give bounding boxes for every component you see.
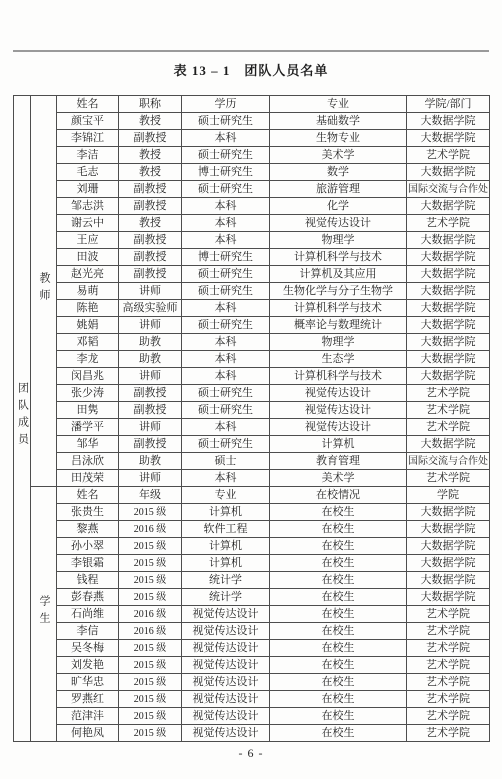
table-cell: 大数据学院 xyxy=(407,198,490,215)
table-cell: 彭春燕 xyxy=(57,589,119,606)
table-cell: 大数据学院 xyxy=(407,283,490,300)
table-cell: 基础数学 xyxy=(270,113,407,130)
table-cell: 教授 xyxy=(119,215,182,232)
table-cell: 邓韬 xyxy=(57,334,119,351)
column-header: 姓名 xyxy=(57,487,119,504)
table-cell: 硕士研究生 xyxy=(182,266,270,283)
table-row: 邹志洪副教授本科化学大数据学院 xyxy=(14,198,490,215)
table-row: 吴冬梅2015 级视觉传达设计在校生艺术学院 xyxy=(14,640,490,657)
page-number: - 6 - xyxy=(0,746,502,761)
table-cell: 数学 xyxy=(270,164,407,181)
table-cell: 讲师 xyxy=(119,283,182,300)
table-cell: 2015 级 xyxy=(119,572,182,589)
table-cell: 黎燕 xyxy=(57,521,119,538)
table-cell: 本科 xyxy=(182,300,270,317)
table-cell: 本科 xyxy=(182,232,270,249)
table-cell: 2015 级 xyxy=(119,640,182,657)
table-cell: 硕士研究生 xyxy=(182,402,270,419)
table-cell: 大数据学院 xyxy=(407,538,490,555)
table-cell: 硕士研究生 xyxy=(182,147,270,164)
table-cell: 在校生 xyxy=(270,708,407,725)
table-row: 邓韬助教本科物理学大数据学院 xyxy=(14,334,490,351)
table-cell: 颜宝平 xyxy=(57,113,119,130)
table-cell: 2015 级 xyxy=(119,674,182,691)
table-row: 谢云中教授本科视觉传达设计艺术学院 xyxy=(14,215,490,232)
table-cell: 钱程 xyxy=(57,572,119,589)
table-row: 罗燕红2015 级视觉传达设计在校生艺术学院 xyxy=(14,691,490,708)
table-cell: 本科 xyxy=(182,470,270,487)
table-cell: 软件工程 xyxy=(182,521,270,538)
table-cell: 在校生 xyxy=(270,657,407,674)
table-row: 潘学平讲师本科视觉传达设计艺术学院 xyxy=(14,419,490,436)
table-cell: 硕士研究生 xyxy=(182,113,270,130)
table-cell: 计算机科学与技术 xyxy=(270,368,407,385)
table-cell: 大数据学院 xyxy=(407,300,490,317)
table-cell: 何艳凤 xyxy=(57,725,119,742)
table-cell: 计算机科学与技术 xyxy=(270,300,407,317)
table-cell: 在校生 xyxy=(270,555,407,572)
table-cell: 本科 xyxy=(182,419,270,436)
table-cell: 生物专业 xyxy=(270,130,407,147)
table-row: 姚娟讲师硕士研究生概率论与数理统计大数据学院 xyxy=(14,317,490,334)
table-cell: 在校生 xyxy=(270,623,407,640)
table-cell: 视觉传达设计 xyxy=(182,606,270,623)
table-row: 黎燕2016 级软件工程在校生大数据学院 xyxy=(14,521,490,538)
team-roster-table: 团队成员教师姓名职称学历专业学院/部门颜宝平教授硕士研究生基础数学大数据学院李锦… xyxy=(13,95,490,742)
table-cell: 本科 xyxy=(182,215,270,232)
table-cell: 生态学 xyxy=(270,351,407,368)
table-cell: 计算机 xyxy=(270,436,407,453)
table-cell: 高级实验师 xyxy=(119,300,182,317)
column-header: 学院/部门 xyxy=(407,96,490,113)
table-cell: 吕泳欣 xyxy=(57,453,119,470)
table-cell: 在校生 xyxy=(270,538,407,555)
table-cell: 教授 xyxy=(119,147,182,164)
column-header: 学历 xyxy=(182,96,270,113)
table-cell: 艺术学院 xyxy=(407,691,490,708)
table-cell: 大数据学院 xyxy=(407,130,490,147)
table-cell: 副教授 xyxy=(119,181,182,198)
row-group-label-teachers: 教师 xyxy=(31,96,57,487)
table-cell: 在校生 xyxy=(270,691,407,708)
table-row: 毛志教授博士研究生数学大数据学院 xyxy=(14,164,490,181)
table-cell: 博士研究生 xyxy=(182,249,270,266)
table-cell: 谢云中 xyxy=(57,215,119,232)
row-group-label-team-members-text: 团队成员 xyxy=(17,382,28,450)
table-cell: 化学 xyxy=(270,198,407,215)
table-cell: 大数据学院 xyxy=(407,521,490,538)
table-cell: 视觉传达设计 xyxy=(270,215,407,232)
table-cell: 硕士研究生 xyxy=(182,181,270,198)
table-cell: 大数据学院 xyxy=(407,317,490,334)
table-cell: 大数据学院 xyxy=(407,164,490,181)
table-cell: 国际交流与合作处 xyxy=(407,181,490,198)
table-cell: 视觉传达设计 xyxy=(182,725,270,742)
table-cell: 孙小翠 xyxy=(57,538,119,555)
table-cell: 艺术学院 xyxy=(407,708,490,725)
table-cell: 大数据学院 xyxy=(407,249,490,266)
table-cell: 邹华 xyxy=(57,436,119,453)
table-cell: 概率论与数理统计 xyxy=(270,317,407,334)
table-cell: 美术学 xyxy=(270,147,407,164)
table-cell: 大数据学院 xyxy=(407,572,490,589)
table-cell: 国际交流与合作处 xyxy=(407,453,490,470)
table-row: 何艳凤2015 级视觉传达设计在校生艺术学院 xyxy=(14,725,490,742)
table-row: 田茂荣讲师本科美术学艺术学院 xyxy=(14,470,490,487)
column-header: 职称 xyxy=(119,96,182,113)
table-cell: 教授 xyxy=(119,113,182,130)
table-cell: 艺术学院 xyxy=(407,385,490,402)
header-rule xyxy=(13,50,489,52)
table-cell: 2015 级 xyxy=(119,504,182,521)
table-cell: 视觉传达设计 xyxy=(182,708,270,725)
table-row: 李银霜2015 级计算机在校生大数据学院 xyxy=(14,555,490,572)
table-cell: 2015 级 xyxy=(119,555,182,572)
table-cell: 硕士 xyxy=(182,453,270,470)
table-cell: 大数据学院 xyxy=(407,113,490,130)
table-cell: 旅游管理 xyxy=(270,181,407,198)
table-cell: 田隽 xyxy=(57,402,119,419)
table-cell: 艺术学院 xyxy=(407,402,490,419)
table-cell: 博士研究生 xyxy=(182,164,270,181)
table-cell: 姚娟 xyxy=(57,317,119,334)
table-cell: 在校生 xyxy=(270,674,407,691)
row-group-label-students: 学生 xyxy=(31,487,57,742)
table-cell: 视觉传达设计 xyxy=(182,691,270,708)
table-cell: 大数据学院 xyxy=(407,368,490,385)
table-row: 李锦江副教授本科生物专业大数据学院 xyxy=(14,130,490,147)
table-cell: 2015 级 xyxy=(119,657,182,674)
row-group-label-students-text: 学生 xyxy=(38,595,49,629)
table-cell: 田波 xyxy=(57,249,119,266)
table-cell: 副教授 xyxy=(119,198,182,215)
table-cell: 讲师 xyxy=(119,317,182,334)
table-cell: 在校生 xyxy=(270,521,407,538)
table-cell: 在校生 xyxy=(270,640,407,657)
table-cell: 刘发艳 xyxy=(57,657,119,674)
table-row: 赵光亮副教授硕士研究生计算机及其应用大数据学院 xyxy=(14,266,490,283)
table-cell: 视觉传达设计 xyxy=(270,402,407,419)
table-cell: 本科 xyxy=(182,130,270,147)
table-row: 吕泳欣助教硕士教育管理国际交流与合作处 xyxy=(14,453,490,470)
column-header: 学院 xyxy=(407,487,490,504)
table-row: 王应副教授本科物理学大数据学院 xyxy=(14,232,490,249)
table-cell: 艺术学院 xyxy=(407,419,490,436)
table-cell: 2015 级 xyxy=(119,589,182,606)
table-cell: 易萌 xyxy=(57,283,119,300)
table-cell: 教授 xyxy=(119,164,182,181)
table-row: 钱程2015 级统计学在校生大数据学院 xyxy=(14,572,490,589)
table-cell: 吴冬梅 xyxy=(57,640,119,657)
table-row: 张贵生2015 级计算机在校生大数据学院 xyxy=(14,504,490,521)
table-cell: 旷华忠 xyxy=(57,674,119,691)
table-cell: 讲师 xyxy=(119,368,182,385)
row-group-label-team-members: 团队成员 xyxy=(14,96,31,742)
table-cell: 艺术学院 xyxy=(407,623,490,640)
table-cell: 副教授 xyxy=(119,436,182,453)
table-cell: 在校生 xyxy=(270,572,407,589)
table-cell: 石尚维 xyxy=(57,606,119,623)
table-body: 团队成员教师姓名职称学历专业学院/部门颜宝平教授硕士研究生基础数学大数据学院李锦… xyxy=(14,96,490,742)
table-cell: 本科 xyxy=(182,334,270,351)
table-cell: 副教授 xyxy=(119,266,182,283)
table-cell: 大数据学院 xyxy=(407,232,490,249)
table-row: 刘珊副教授硕士研究生旅游管理国际交流与合作处 xyxy=(14,181,490,198)
table-cell: 艺术学院 xyxy=(407,674,490,691)
header-row-teachers: 团队成员教师姓名职称学历专业学院/部门 xyxy=(14,96,490,113)
table-cell: 在校生 xyxy=(270,606,407,623)
column-header: 在校情况 xyxy=(270,487,407,504)
header-row-students: 学生姓名年级专业在校情况学院 xyxy=(14,487,490,504)
table-cell: 陈艳 xyxy=(57,300,119,317)
table-cell: 助教 xyxy=(119,334,182,351)
table-cell: 闵昌兆 xyxy=(57,368,119,385)
table-cell: 李银霜 xyxy=(57,555,119,572)
table-cell: 在校生 xyxy=(270,589,407,606)
table-cell: 视觉传达设计 xyxy=(182,623,270,640)
table-cell: 王应 xyxy=(57,232,119,249)
table-cell: 教育管理 xyxy=(270,453,407,470)
table-row: 李龙助教本科生态学大数据学院 xyxy=(14,351,490,368)
table-cell: 物理学 xyxy=(270,232,407,249)
table-cell: 2016 级 xyxy=(119,606,182,623)
table-cell: 张少涛 xyxy=(57,385,119,402)
table-cell: 大数据学院 xyxy=(407,555,490,572)
table-row: 旷华忠2015 级视觉传达设计在校生艺术学院 xyxy=(14,674,490,691)
table-row: 邹华副教授硕士研究生计算机大数据学院 xyxy=(14,436,490,453)
table-cell: 2015 级 xyxy=(119,538,182,555)
table-cell: 在校生 xyxy=(270,725,407,742)
table-cell: 视觉传达设计 xyxy=(182,657,270,674)
table-cell: 助教 xyxy=(119,453,182,470)
table-row: 彭春燕2015 级统计学在校生大数据学院 xyxy=(14,589,490,606)
table-row: 范津沣2015 级视觉传达设计在校生艺术学院 xyxy=(14,708,490,725)
table-cell: 大数据学院 xyxy=(407,334,490,351)
table-cell: 艺术学院 xyxy=(407,725,490,742)
table-cell: 计算机及其应用 xyxy=(270,266,407,283)
table-cell: 视觉传达设计 xyxy=(182,674,270,691)
table-cell: 艺术学院 xyxy=(407,606,490,623)
column-header: 专业 xyxy=(270,96,407,113)
table-cell: 计算机科学与技术 xyxy=(270,249,407,266)
table-cell: 大数据学院 xyxy=(407,266,490,283)
table-cell: 生物化学与分子生物学 xyxy=(270,283,407,300)
table-cell: 刘珊 xyxy=(57,181,119,198)
table-cell: 大数据学院 xyxy=(407,504,490,521)
table-cell: 张贵生 xyxy=(57,504,119,521)
table-cell: 2015 级 xyxy=(119,725,182,742)
table-cell: 李锦江 xyxy=(57,130,119,147)
table-cell: 计算机 xyxy=(182,555,270,572)
table-cell: 本科 xyxy=(182,351,270,368)
table-cell: 2016 级 xyxy=(119,623,182,640)
table-cell: 艺术学院 xyxy=(407,657,490,674)
table-cell: 邹志洪 xyxy=(57,198,119,215)
table-cell: 计算机 xyxy=(182,538,270,555)
table-row: 李信2016 级视觉传达设计在校生艺术学院 xyxy=(14,623,490,640)
table-cell: 讲师 xyxy=(119,470,182,487)
table-cell: 统计学 xyxy=(182,589,270,606)
table-row: 田隽副教授硕士研究生视觉传达设计艺术学院 xyxy=(14,402,490,419)
table-cell: 本科 xyxy=(182,368,270,385)
table-row: 闵昌兆讲师本科计算机科学与技术大数据学院 xyxy=(14,368,490,385)
table-cell: 李洁 xyxy=(57,147,119,164)
table-cell: 本科 xyxy=(182,198,270,215)
table-cell: 副教授 xyxy=(119,402,182,419)
row-group-label-teachers-text: 教师 xyxy=(38,272,49,306)
table-cell: 副教授 xyxy=(119,249,182,266)
table-cell: 艺术学院 xyxy=(407,640,490,657)
table-cell: 罗燕红 xyxy=(57,691,119,708)
table-cell: 艺术学院 xyxy=(407,215,490,232)
table-cell: 硕士研究生 xyxy=(182,283,270,300)
table-cell: 毛志 xyxy=(57,164,119,181)
column-header: 专业 xyxy=(182,487,270,504)
table-cell: 李龙 xyxy=(57,351,119,368)
table-row: 石尚维2016 级视觉传达设计在校生艺术学院 xyxy=(14,606,490,623)
table-row: 孙小翠2015 级计算机在校生大数据学院 xyxy=(14,538,490,555)
table-cell: 赵光亮 xyxy=(57,266,119,283)
table-cell: 2015 级 xyxy=(119,691,182,708)
table-cell: 物理学 xyxy=(270,334,407,351)
table-cell: 大数据学院 xyxy=(407,351,490,368)
table-cell: 计算机 xyxy=(182,504,270,521)
table-cell: 统计学 xyxy=(182,572,270,589)
table-cell: 2016 级 xyxy=(119,521,182,538)
table-cell: 艺术学院 xyxy=(407,470,490,487)
table-cell: 助教 xyxy=(119,351,182,368)
table-caption: 表 13 – 1 团队人员名单 xyxy=(0,62,502,80)
table-cell: 大数据学院 xyxy=(407,436,490,453)
table-cell: 2015 级 xyxy=(119,708,182,725)
table-row: 颜宝平教授硕士研究生基础数学大数据学院 xyxy=(14,113,490,130)
table-row: 张少涛副教授硕士研究生视觉传达设计艺术学院 xyxy=(14,385,490,402)
table-cell: 在校生 xyxy=(270,504,407,521)
table-cell: 讲师 xyxy=(119,419,182,436)
table-row: 田波副教授博士研究生计算机科学与技术大数据学院 xyxy=(14,249,490,266)
table-cell: 硕士研究生 xyxy=(182,385,270,402)
table-row: 刘发艳2015 级视觉传达设计在校生艺术学院 xyxy=(14,657,490,674)
table-cell: 美术学 xyxy=(270,470,407,487)
column-header: 姓名 xyxy=(57,96,119,113)
table-cell: 视觉传达设计 xyxy=(270,419,407,436)
table-cell: 视觉传达设计 xyxy=(182,640,270,657)
table-cell: 硕士研究生 xyxy=(182,317,270,334)
table-cell: 艺术学院 xyxy=(407,147,490,164)
table-row: 易萌讲师硕士研究生生物化学与分子生物学大数据学院 xyxy=(14,283,490,300)
table-cell: 大数据学院 xyxy=(407,589,490,606)
table-row: 李洁教授硕士研究生美术学艺术学院 xyxy=(14,147,490,164)
table-row: 陈艳高级实验师本科计算机科学与技术大数据学院 xyxy=(14,300,490,317)
column-header: 年级 xyxy=(119,487,182,504)
table-cell: 视觉传达设计 xyxy=(270,385,407,402)
table-cell: 副教授 xyxy=(119,130,182,147)
table-cell: 潘学平 xyxy=(57,419,119,436)
table-cell: 副教授 xyxy=(119,232,182,249)
table-cell: 田茂荣 xyxy=(57,470,119,487)
table-cell: 李信 xyxy=(57,623,119,640)
table-cell: 范津沣 xyxy=(57,708,119,725)
table-cell: 副教授 xyxy=(119,385,182,402)
table-cell: 硕士研究生 xyxy=(182,436,270,453)
